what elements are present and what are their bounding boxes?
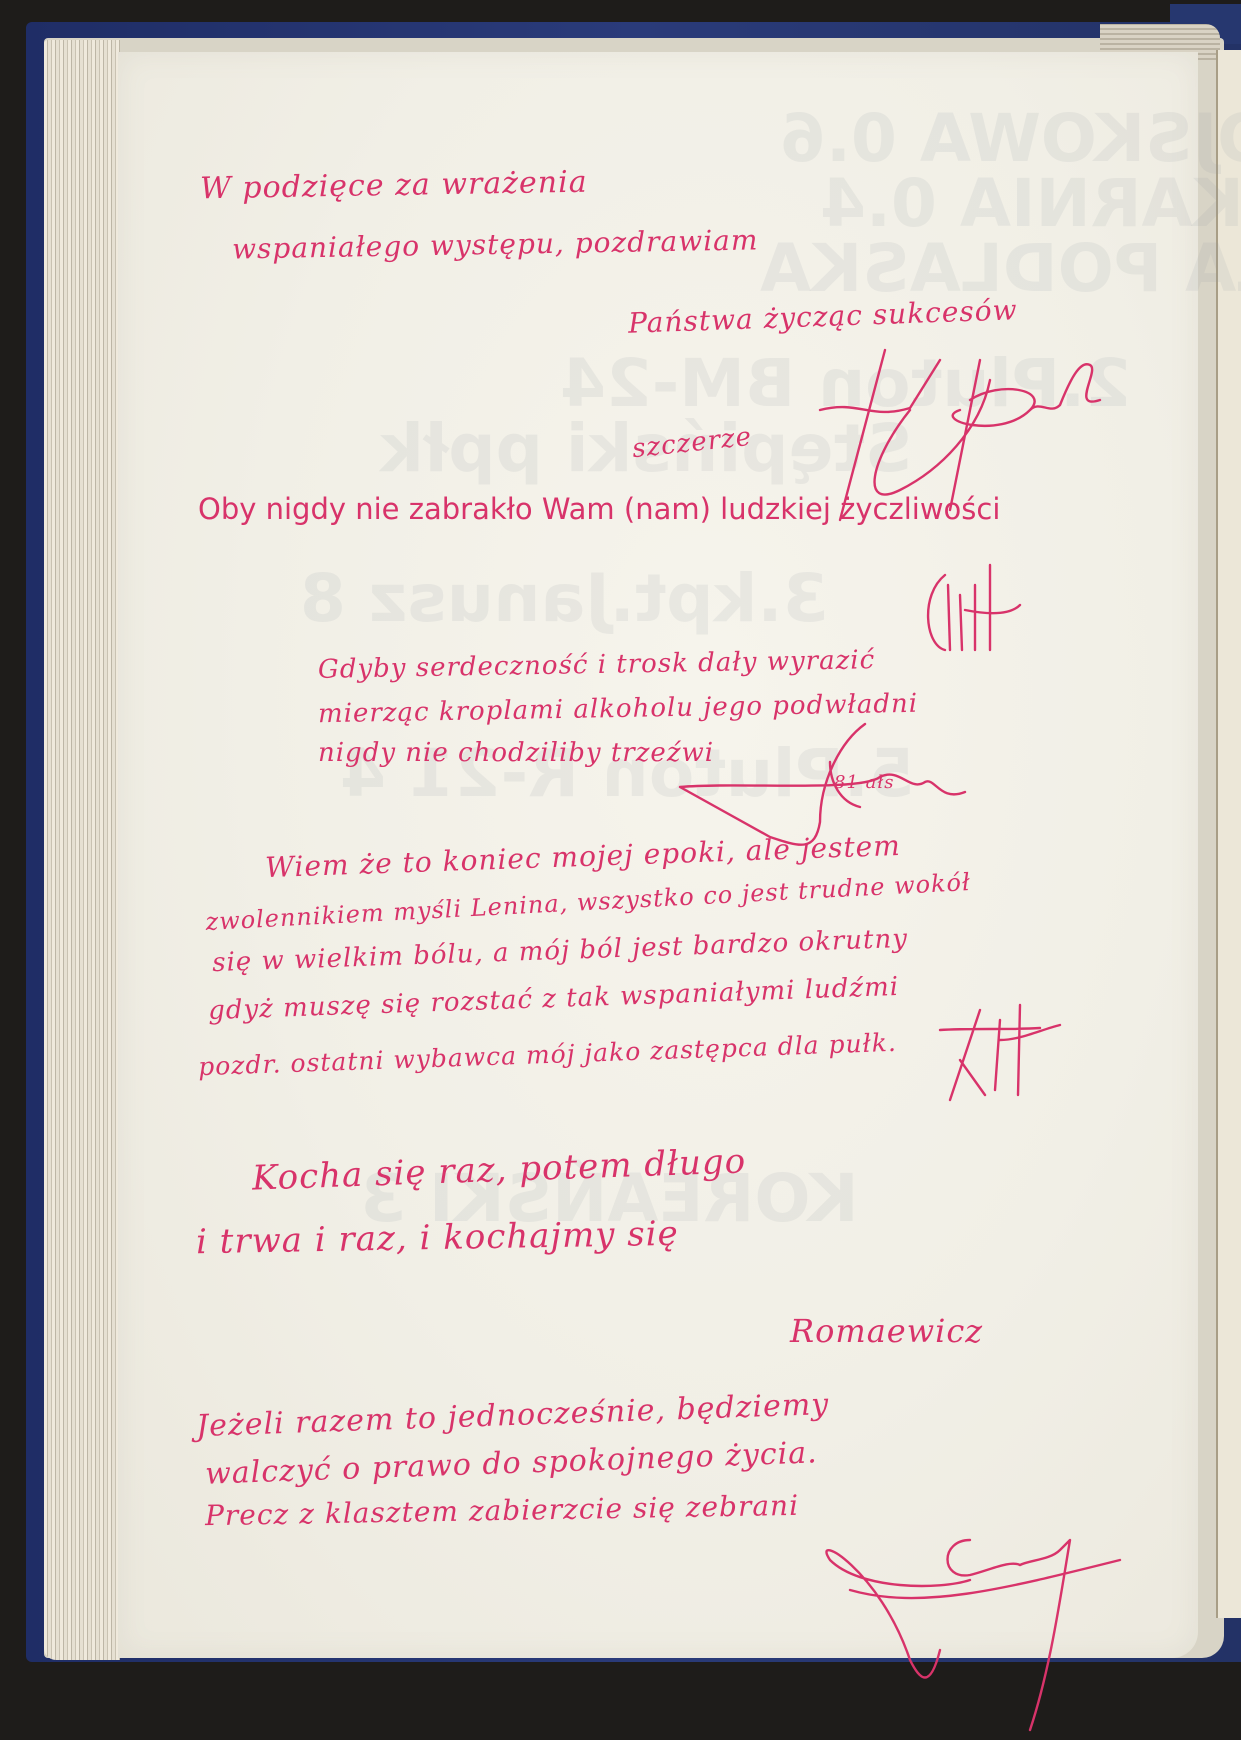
page-gutter [1216, 50, 1218, 1618]
entry-text-line: W podzięce za wrażenia [200, 165, 588, 207]
scanned-book-page: 1.WOJSKOWA 0.6 1.DRUKARNIA 0.4 3.BIAŁA P… [0, 0, 1241, 1740]
page-edges-left [44, 40, 120, 1660]
signature-gawel [820, 1520, 1120, 1740]
entry-text-line: i trwa i raz, i kochajmy się [196, 1214, 679, 1262]
entry-text-line: Oby nigdy nie zabrakło Wam (nam) ludzkie… [198, 492, 1000, 526]
signature-autolik [940, 1000, 1080, 1114]
adjacent-page [1218, 50, 1241, 1618]
entry-text-line: nigdy nie chodziliby trzeźwi [318, 738, 714, 768]
signature-romaewicz: Romaewicz [790, 1312, 983, 1350]
signature-swit [920, 555, 1030, 659]
